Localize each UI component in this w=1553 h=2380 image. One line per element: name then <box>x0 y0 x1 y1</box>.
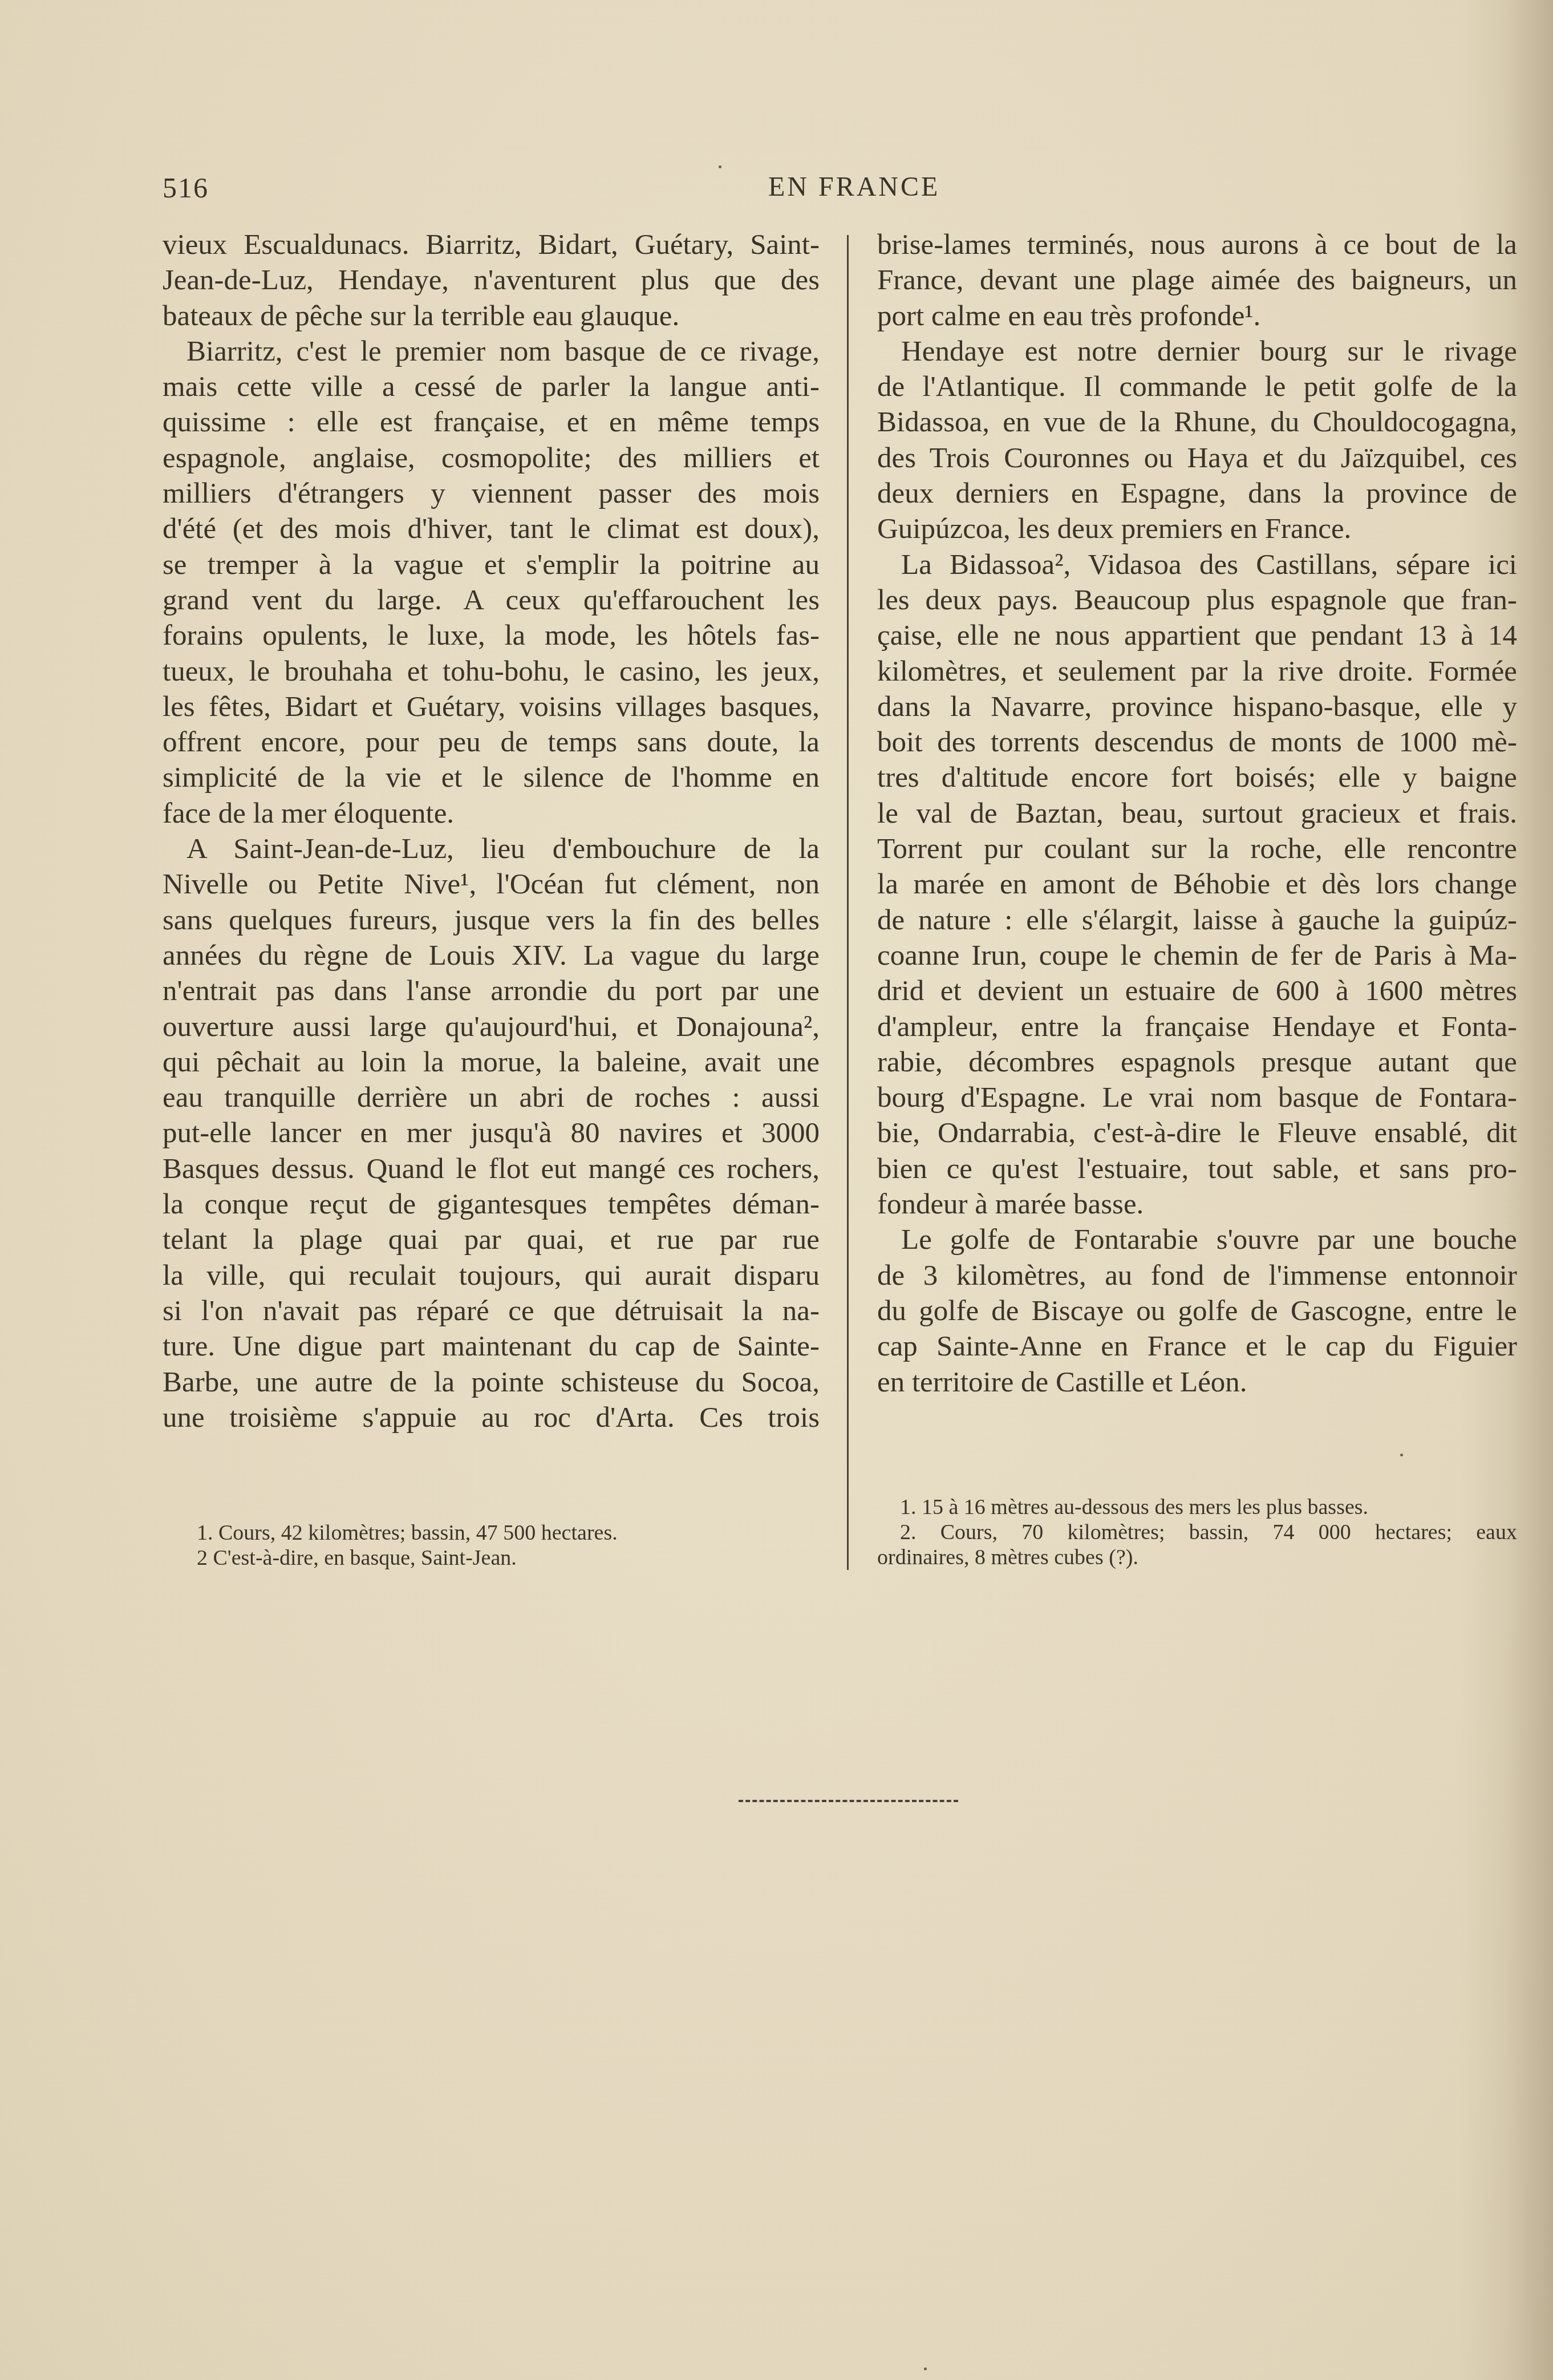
text-line: de 3 kilomètres, au fond de l'immense en… <box>877 1258 1517 1293</box>
text-line: tres d'altitude encore fort boisés; elle… <box>877 760 1517 795</box>
right-footnotes: 1. 15 à 16 mètres au-dessous des mers le… <box>877 1495 1517 1570</box>
text-line: n'entrait pas dans l'anse arrondie du po… <box>163 973 820 1009</box>
text-line: les fêtes, Bidart et Guétary, voisins vi… <box>163 689 820 724</box>
text-line: la conque reçut de gigantesques tempêtes… <box>163 1187 820 1222</box>
running-title: EN FRANCE <box>768 171 940 203</box>
text-line: eau tranquille derrière un abri de roche… <box>163 1080 820 1115</box>
text-line: telant la plage quai par quai, et rue pa… <box>163 1222 820 1257</box>
text-line: d'ampleur, entre la française Hendaye et… <box>877 1009 1517 1045</box>
text-line: Jean-de-Luz, Hendaye, n'aventurent plus … <box>163 262 820 298</box>
text-line: la ville, qui reculait toujours, qui aur… <box>163 1258 820 1293</box>
text-line: face de la mer éloquente. <box>163 796 820 831</box>
text-line: Guipúzcoa, les deux premiers en France. <box>877 511 1517 547</box>
text-line: çaise, elle ne nous appartient que penda… <box>877 618 1517 653</box>
footnote-2: 2 C'est-à-dire, en basque, Saint-Jean. <box>197 1545 818 1571</box>
text-line: ouverture aussi large qu'aujourd'hui, et… <box>163 1009 820 1045</box>
paragraph-start: La Bidassoa², Vidasoa des Castillans, sé… <box>877 547 1517 582</box>
text-line: port calme en eau très profonde¹. <box>877 298 1517 334</box>
text-line: des Trois Couronnes ou Haya et du Jaïzqu… <box>877 440 1517 476</box>
bottom-dashed-rule <box>739 1800 958 1802</box>
text-line: vieux Escualdunacs. Biarritz, Bidart, Gu… <box>163 227 820 262</box>
text-line: de l'Atlantique. Il commande le petit go… <box>877 369 1517 404</box>
text-line: deux derniers en Espagne, dans la provin… <box>877 476 1517 511</box>
paragraph-start: Le golfe de Fontarabie s'ouvre par une b… <box>877 1222 1517 1257</box>
text-line: simplicité de la vie et le silence de l'… <box>163 760 820 795</box>
text-line: du golfe de Biscaye ou golfe de Gascogne… <box>877 1293 1517 1329</box>
text-line: si l'on n'avait pas réparé ce que détrui… <box>163 1293 820 1329</box>
text-line: cap Sainte-Anne en France et le cap du F… <box>877 1329 1517 1364</box>
text-line: Basques dessus. Quand le flot eut mangé … <box>163 1151 820 1187</box>
text-line: d'été (et des mois d'hiver, tant le clim… <box>163 511 820 547</box>
text-line: bateaux de pêche sur la terrible eau gla… <box>163 298 820 334</box>
footnote-2: 2. Cours, 70 kilomètres; bassin, 74 000 … <box>877 1520 1517 1545</box>
footnote-1: 1. Cours, 42 kilomètres; bassin, 47 500 … <box>197 1520 818 1545</box>
text-line: mais cette ville a cessé de parler la la… <box>163 369 820 404</box>
running-head: 516 EN FRANCE <box>163 171 1520 211</box>
paper-speck <box>719 165 721 168</box>
text-line: espagnole, anglaise, cosmopolite; des mi… <box>163 440 820 476</box>
text-line: offrent encore, pour peu de temps sans d… <box>163 724 820 760</box>
text-line: Torrent pur coulant sur la roche, elle r… <box>877 831 1517 867</box>
text-line: le val de Baztan, beau, surtout gracieux… <box>877 796 1517 831</box>
footnote-1: 1. 15 à 16 mètres au-dessous des mers le… <box>877 1495 1517 1520</box>
left-footnotes: 1. Cours, 42 kilomètres; bassin, 47 500 … <box>197 1520 818 1571</box>
paragraph-start: A Saint-Jean-de-Luz, lieu d'embouchure d… <box>163 831 820 867</box>
text-line: années du règne de Louis XIV. La vague d… <box>163 938 820 973</box>
text-line: Nivelle ou Petite Nive¹, l'Océan fut clé… <box>163 867 820 902</box>
column-divider <box>847 235 849 1570</box>
left-column: vieux Escualdunacs. Biarritz, Bidart, Gu… <box>163 227 820 1435</box>
text-line: de nature : elle s'élargit, laisse à gau… <box>877 902 1517 938</box>
text-line: grand vent du large. A ceux qu'effarouch… <box>163 582 820 618</box>
paper-speck <box>924 2367 927 2370</box>
text-line: milliers d'étrangers y viennent passer d… <box>163 476 820 511</box>
paragraph-start: Biarritz, c'est le premier nom basque de… <box>163 334 820 369</box>
text-line: France, devant une plage aimée des baign… <box>877 262 1517 298</box>
paragraph-start: Hendaye est notre dernier bourg sur le r… <box>877 334 1517 369</box>
text-line: fondeur à marée basse. <box>877 1187 1517 1222</box>
scanned-page: 516 EN FRANCE vieux Escualdunacs. Biarri… <box>0 0 1553 2380</box>
text-line: Bidassoa, en vue de la Rhune, du Chouldo… <box>877 404 1517 440</box>
text-line: dans la Navarre, province hispano-basque… <box>877 689 1517 724</box>
text-line: rabie, décombres espagnols presque autan… <box>877 1045 1517 1080</box>
text-line: bourg d'Espagne. Le vrai nom basque de F… <box>877 1080 1517 1115</box>
right-column: brise-lames terminés, nous aurons à ce b… <box>877 227 1517 1400</box>
page-number: 516 <box>163 171 209 204</box>
paper-speck <box>1400 1454 1403 1456</box>
text-line: se tremper à la vague et s'emplir la poi… <box>163 547 820 582</box>
text-line: tueux, le brouhaha et tohu-bohu, le casi… <box>163 654 820 689</box>
text-line: bien ce qu'est l'estuaire, tout sable, e… <box>877 1151 1517 1187</box>
text-line: drid et devient un estuaire de 600 à 160… <box>877 973 1517 1009</box>
text-line: en territoire de Castille et Léon. <box>877 1365 1517 1400</box>
text-line: bie, Ondarrabia, c'est-à-dire le Fleuve … <box>877 1115 1517 1151</box>
text-line: coanne Irun, coupe le chemin de fer de P… <box>877 938 1517 973</box>
text-line: kilomètres, et seulement par la rive dro… <box>877 654 1517 689</box>
text-line: forains opulents, le luxe, la mode, les … <box>163 618 820 653</box>
text-line: qui pêchait au loin la morue, la baleine… <box>163 1045 820 1080</box>
text-line: quissime : elle est française, et en mêm… <box>163 404 820 440</box>
text-line: les deux pays. Beaucoup plus espagnole q… <box>877 582 1517 618</box>
text-line: une troisième s'appuie au roc d'Arta. Ce… <box>163 1400 820 1435</box>
text-line: boit des torrents descendus de monts de … <box>877 724 1517 760</box>
footnote-2-continued: ordinaires, 8 mètres cubes (?). <box>877 1545 1517 1570</box>
text-line: put-elle lancer en mer jusqu'à 80 navire… <box>163 1115 820 1151</box>
text-line: Barbe, une autre de la pointe schisteuse… <box>163 1365 820 1400</box>
text-line: brise-lames terminés, nous aurons à ce b… <box>877 227 1517 262</box>
text-line: ture. Une digue part maintenant du cap d… <box>163 1329 820 1364</box>
text-line: sans quelques fureurs, jusque vers la fi… <box>163 902 820 938</box>
text-line: la marée en amont de Béhobie et dès lors… <box>877 867 1517 902</box>
